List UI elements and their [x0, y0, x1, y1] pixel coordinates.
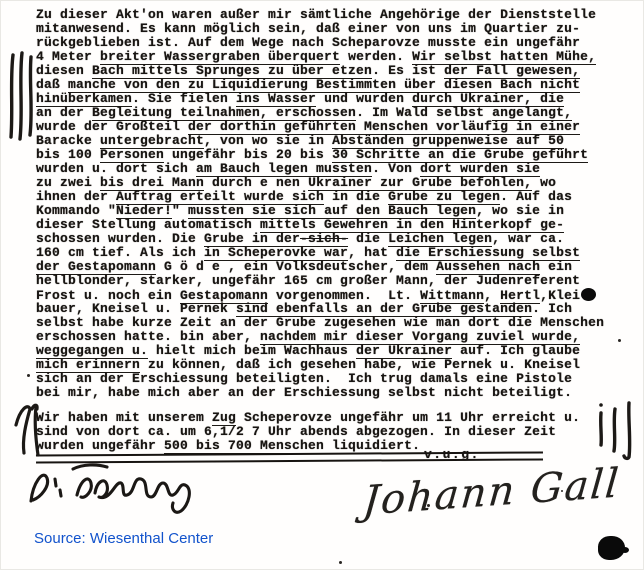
- text-line: daß manche von den zu Liquidierung Besti…: [36, 78, 620, 92]
- text-line: 160 cm tief. Als ich in Scheperovke war,…: [36, 246, 620, 260]
- scanned-document-page: Zu dieser Akt'on waren außer mir sämtlic…: [0, 0, 644, 570]
- ink-blot: [598, 536, 625, 560]
- text-line: wurden u. dort sich am Bauch legen musst…: [36, 162, 620, 176]
- text-line: mitanwesend. Es kann möglich sein, daß e…: [36, 22, 620, 36]
- text-line: ihnen der Auftrag erteilt wurde sich in …: [36, 190, 620, 204]
- text-line: an der Begleitung teilnahmen, erschossen…: [36, 106, 620, 120]
- text-line: 4 Meter breiter Wassergraben überquert w…: [36, 50, 620, 64]
- ink-speck: [618, 339, 621, 342]
- paragraph: Wir haben mit unserem Zug Scheperovze un…: [36, 411, 620, 453]
- text-line: wurde der Großteil der dorthin geführten…: [36, 120, 620, 134]
- text-line: dieser Stellung automatisch mittels Gewe…: [36, 218, 620, 232]
- signature-johann-gall: Johann Gall: [361, 459, 634, 524]
- text-line: Zu dieser Akt'on waren außer mir sämtlic…: [36, 8, 620, 22]
- ink-blob-inline: [581, 288, 596, 301]
- ink-speck: [27, 374, 30, 377]
- text-line: sich an der Erschiessung beteiligten. Ic…: [36, 372, 620, 386]
- text-line: erschossen hatte. bin aber, nachdem mir …: [36, 330, 620, 344]
- source-caption: Source: Wiesenthal Center: [34, 530, 213, 547]
- text-line: rückgeblieben ist. Auf dem Wege nach Sch…: [36, 36, 620, 50]
- text-line: mich erinnern zu können, daß ich gesehen…: [36, 358, 620, 372]
- text-line: hinüberkamen. Sie fielen ins Wasser und …: [36, 92, 620, 106]
- text-line: hellblonder, starker, ungefähr 165 cm gr…: [36, 274, 620, 288]
- text-line: Frost u. noch ein Gestapomann vorgenomme…: [36, 288, 620, 302]
- ink-speck: [561, 490, 563, 492]
- text-line: Wir haben mit unserem Zug Scheperovze un…: [36, 411, 620, 425]
- text-line: selbst habe kurze Zeit an der Grube zuge…: [36, 316, 620, 330]
- text-line: schossen wurden. Die Grube in der-sich- …: [36, 232, 620, 246]
- text-line: zu zwei bis drei Mann durch e nen Ukrain…: [36, 176, 620, 190]
- margin-tally-marks-left-top: [7, 49, 37, 144]
- ink-speck: [339, 561, 342, 564]
- text-line: diesen Bach mittels Sprunges zu über etz…: [36, 64, 620, 78]
- text-line: bis 100 Personen ungefähr bis 20 bis 30 …: [36, 148, 620, 162]
- closing-abbreviation: v.u.g.: [424, 447, 480, 462]
- paragraph: Zu dieser Akt'on waren außer mir sämtlic…: [36, 8, 620, 400]
- ink-speck: [427, 504, 430, 507]
- text-line: bauer, Kneisel u. Pernek sind ebenfalls …: [36, 302, 620, 316]
- signature-scrawl: [21, 453, 231, 523]
- document-text: Zu dieser Akt'on waren außer mir sämtlic…: [36, 8, 620, 453]
- text-line: Baracke untergebracht, von wo sie in Abs…: [36, 134, 620, 148]
- text-line: der Gestapomann G ö d e , ein Volksdeuts…: [36, 260, 620, 274]
- text-line: sind von dort ca. um 6,1/2 7 Uhr abends …: [36, 425, 620, 439]
- text-line: bei mir, habe mich aber an der Erschiess…: [36, 386, 620, 400]
- text-line: Kommando "Nieder!" mussten sie sich auf …: [36, 204, 620, 218]
- margin-tally-marks-right: [595, 399, 641, 463]
- text-line: weggegangen u. hielt mich beim Wachhaus …: [36, 344, 620, 358]
